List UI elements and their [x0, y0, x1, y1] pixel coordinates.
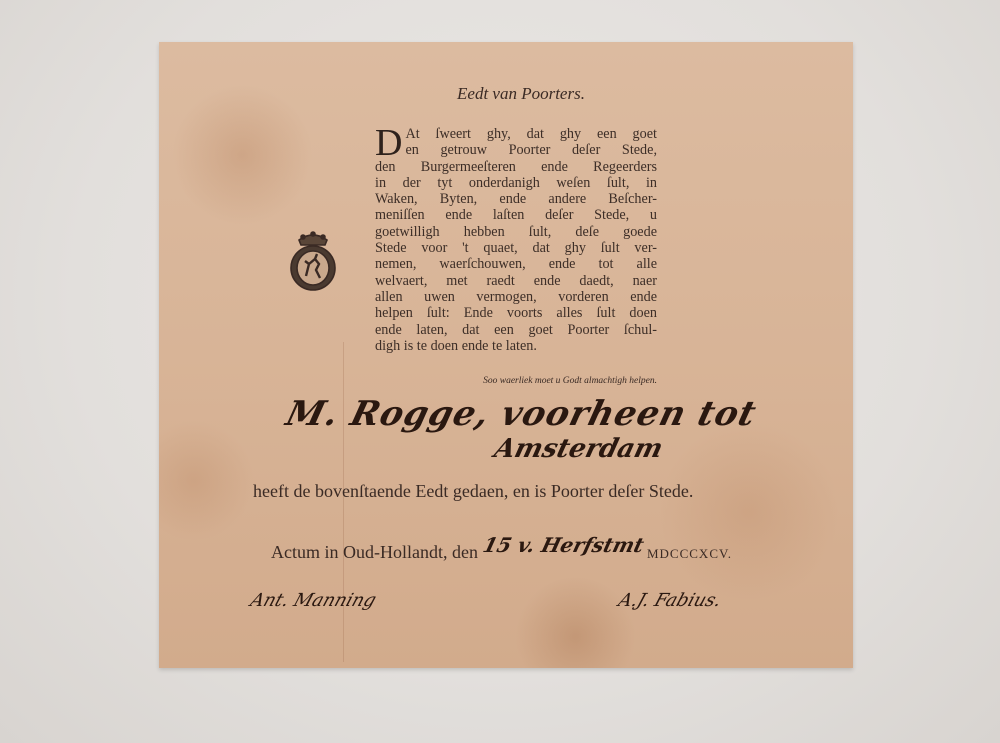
drop-cap: D — [375, 128, 402, 158]
signature-right: A.J. Fabius. — [616, 590, 725, 611]
oath-line: nemen, waerſchouwen, ende tot alle — [375, 256, 657, 272]
oath-line: allen uwen vermogen, vorderen ende — [375, 289, 657, 305]
coat-of-arms-icon — [285, 226, 341, 294]
actum-year: MDCCCXCV. — [647, 546, 732, 561]
oath-line: goetwilligh hebben ſult, deſe goede — [375, 224, 657, 240]
oath-line: At ſweert ghy, dat ghy een goet — [375, 126, 657, 142]
oath-line: Stede voor 't quaet, dat ghy ſult ver- — [375, 240, 657, 256]
oath-line: ende laten, dat een goet Poorter ſchul- — [375, 322, 657, 338]
oath-text: D At ſweert ghy, dat ghy een goet en get… — [375, 126, 657, 354]
oath-line: meniſſen ende laſten deſer Stede, u — [375, 207, 657, 223]
actum-prefix: Actum in Oud-Hollandt, den — [271, 542, 478, 562]
fold-crease — [343, 342, 344, 662]
oath-line: in der tyt onderdanigh weſen ſult, in — [375, 175, 657, 191]
handwritten-name: M. Rogge, voorheen tot — [282, 394, 761, 434]
document-title: Eedt van Poorters. — [159, 84, 853, 104]
oath-statement: heeft de bovenſtaende Eedt gedaen, en is… — [253, 480, 783, 502]
oath-line: en getrouw Poorter deſer Stede, — [375, 142, 657, 158]
signature-left: Ant. Manning — [248, 590, 379, 611]
handwritten-city: Amsterdam — [491, 434, 666, 464]
oath-line: welvaert, met raedt ende daedt, naer — [375, 273, 657, 289]
oath-line: digh is te doen ende te laten. — [375, 338, 657, 354]
oath-line: helpen ſult: Ende voorts alles ſult doen — [375, 305, 657, 321]
oath-line: Waken, Byten, ende andere Beſcher- — [375, 191, 657, 207]
actum-line: Actum in Oud-Hollandt, den 15 v. Herfstm… — [271, 539, 732, 563]
oath-line: den Burgermeeſteren ende Regeerders — [375, 159, 657, 175]
handwritten-date: 15 v. Herfstmt — [481, 533, 647, 557]
closing-formula: Soo waerliek moet u Godt almachtigh help… — [375, 376, 657, 386]
certificate-paper: Eedt van Poorters. D At ſweert ghy, dat … — [159, 42, 853, 668]
